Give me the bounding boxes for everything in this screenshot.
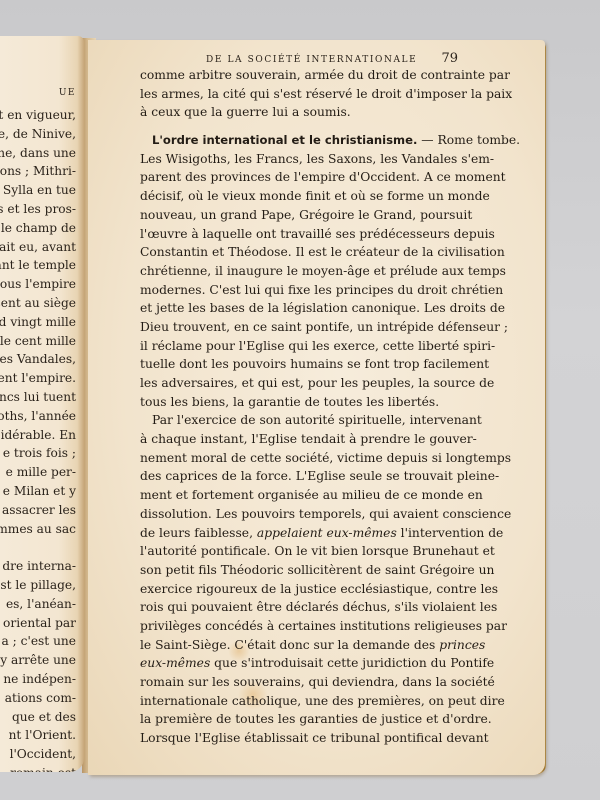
left-text-line: e trois fois ; (0, 444, 76, 463)
left-text-line: sent au siège (0, 294, 76, 313)
section-heading: L'ordre international et le christianism… (152, 133, 417, 147)
left-text-line: e Milan et y (0, 482, 76, 501)
left-text-line: l'Occident, (0, 745, 76, 764)
paragraph-3-cont: l'autorité pontificale. On le vit bien l… (140, 542, 460, 635)
text-line: romain sur les souverains, qui deviendra… (140, 673, 460, 692)
left-text-line: que et des (0, 708, 76, 727)
left-text-line: romain est (0, 764, 76, 772)
left-text-line: atons ; Mithri- (0, 162, 76, 181)
left-text-line: ait eu, avant (0, 238, 76, 257)
italic-text: eux-mêmes (140, 656, 210, 670)
text-span: l'intervention de (397, 526, 504, 540)
text-line: eux-mêmes que s'introduisait cette jurid… (140, 654, 460, 673)
text-line: décisif, où le vieux monde finit et où s… (140, 187, 460, 206)
paragraph-2: Les Wisigoths, les Francs, les Saxons, l… (140, 150, 460, 412)
text-line: rois qui pouvaient être déclarés déchus,… (140, 598, 460, 617)
text-line: son petit fils Théodoric sollicitèrent d… (140, 561, 460, 580)
left-text-line: oit en vigueur, (0, 106, 76, 125)
text-line: tuelle dont les pouvoirs humains se font… (140, 355, 460, 374)
text-line: les adversaires, et qui est, pour les pe… (140, 374, 460, 393)
left-text-line: nt l'Orient. (0, 726, 76, 745)
page-body: comme arbitre souverain, armée du droit … (140, 66, 460, 748)
text-span: de leurs faiblesse, (140, 526, 257, 540)
text-line: modernes. C'est lui qui fixe les princip… (140, 281, 460, 300)
text-line: et jette les bases de la législation can… (140, 299, 460, 318)
left-text-line: e mille per- (0, 463, 76, 482)
left-text-line: es et les pros- (0, 200, 76, 219)
left-text-line: les Vandales, (0, 350, 76, 369)
left-text-line: le champ de (0, 219, 76, 238)
text-line: comme arbitre souverain, armée du droit … (140, 66, 460, 85)
text-line: Dieu trouvent, en ce saint pontife, un i… (140, 318, 460, 337)
section-heading-line: L'ordre international et le christianism… (140, 131, 460, 150)
text-line: exercice rigoureux de la justice ecclési… (140, 580, 460, 599)
left-text-line: idérable. En (0, 426, 76, 445)
text-line: à ceux que la guerre lui a soumis. (140, 103, 460, 122)
heading-line-rest: — Rome tombe. (417, 133, 520, 147)
text-line: dissolution. Les pouvoirs temporels, qui… (140, 505, 460, 524)
left-text-line: a ; c'est une (0, 632, 76, 651)
left-page: UE oit en vigueur,ne, de Ninive,ine, dan… (0, 36, 84, 772)
paragraph-3: Par l'exercice de son autorité spirituel… (140, 411, 460, 523)
text-line: des caprices de la force. L'Eglise seule… (140, 467, 460, 486)
text-line: ment et fortement organisée au milieu de… (140, 486, 460, 505)
left-text-line: ple cent mille (0, 332, 76, 351)
text-line: nement moral de cette société, victime d… (140, 449, 460, 468)
left-text-line (0, 538, 76, 557)
text-line: nouveau, un grand Pape, Grégoire le Gran… (140, 206, 460, 225)
text-line: tous les biens, la garantie de toutes le… (140, 393, 460, 412)
left-text-line: st le pillage, (0, 576, 76, 595)
text-line: Lorsque l'Eglise établissait ce tribunal… (140, 729, 460, 748)
left-text-line: assacrer les (0, 501, 76, 520)
text-line: Par l'exercice de son autorité spirituel… (140, 411, 460, 430)
left-page-text: UE oit en vigueur,ne, de Ninive,ine, dan… (0, 86, 76, 772)
left-page-lines: oit en vigueur,ne, de Ninive,ine, dans u… (0, 106, 76, 772)
text-span: que s'introduisait cette juridiction du … (210, 656, 494, 670)
text-line: l'autorité pontificale. On le vit bien l… (140, 542, 460, 561)
left-text-line: ne indépen- (0, 670, 76, 689)
left-text-line: ine, dans une (0, 144, 76, 163)
text-line: chrétienne, il inaugure le moyen-âge et … (140, 262, 460, 281)
left-text-line: ncs lui tuent (0, 388, 76, 407)
left-text-line: oths, l'année (0, 407, 76, 426)
left-text-line: dre interna- (0, 557, 76, 576)
text-line: l'œuvre à laquelle ont travaillé ses pré… (140, 225, 460, 244)
italic-text: appelaient eux-mêmes (257, 526, 397, 540)
paragraph-3-end: romain sur les souverains, qui deviendra… (140, 673, 460, 748)
left-text-line: es, l'anéan- (0, 595, 76, 614)
left-text-line: ; Sylla en tue (0, 181, 76, 200)
running-head-title: DE LA SOCIÉTÉ INTERNATIONALE (206, 55, 417, 65)
left-text-line: ations com- (0, 689, 76, 708)
text-line: il réclame pour l'Eglise qui les exerce,… (140, 337, 460, 356)
text-line: privilèges concédés à certaines institut… (140, 617, 460, 636)
left-text-line: ne, de Ninive, (0, 125, 76, 144)
left-text-line: ant le temple (0, 256, 76, 275)
text-line: la première de toutes les garanties de j… (140, 710, 460, 729)
text-line: à chaque instant, l'Eglise tendait à pre… (140, 430, 460, 449)
left-text-line: y arrête une (0, 651, 76, 670)
text-line: internationale catholique, une des premi… (140, 692, 460, 711)
text-line: Constantin et Théodose. Il est le créate… (140, 243, 460, 262)
left-text-line: ent l'empire. (0, 369, 76, 388)
text-line: parent des provinces de l'empire d'Occid… (140, 168, 460, 187)
paragraph-1: comme arbitre souverain, armée du droit … (140, 66, 460, 122)
text-line: de leurs faiblesse, appelaient eux-mêmes… (140, 524, 460, 543)
text-line: Les Wisigoths, les Francs, les Saxons, l… (140, 150, 460, 169)
left-text-line: Sous l'empire (0, 275, 76, 294)
text-span: le Saint-Siège. C'était donc sur la dema… (140, 638, 439, 652)
left-running-head: UE (0, 86, 76, 100)
italic-text: princes (439, 638, 485, 652)
text-line: les armes, la cité qui s'est réservé le … (140, 85, 460, 104)
running-head: DE LA SOCIÉTÉ INTERNATIONALE 79 (116, 51, 458, 66)
text-line: le Saint-Siège. C'était donc sur la dema… (140, 636, 460, 655)
page-number: 79 (441, 51, 458, 66)
left-text-line: d vingt mille (0, 313, 76, 332)
left-text-line: mmes au sac (0, 520, 76, 539)
left-text-line: oriental par (0, 614, 76, 633)
